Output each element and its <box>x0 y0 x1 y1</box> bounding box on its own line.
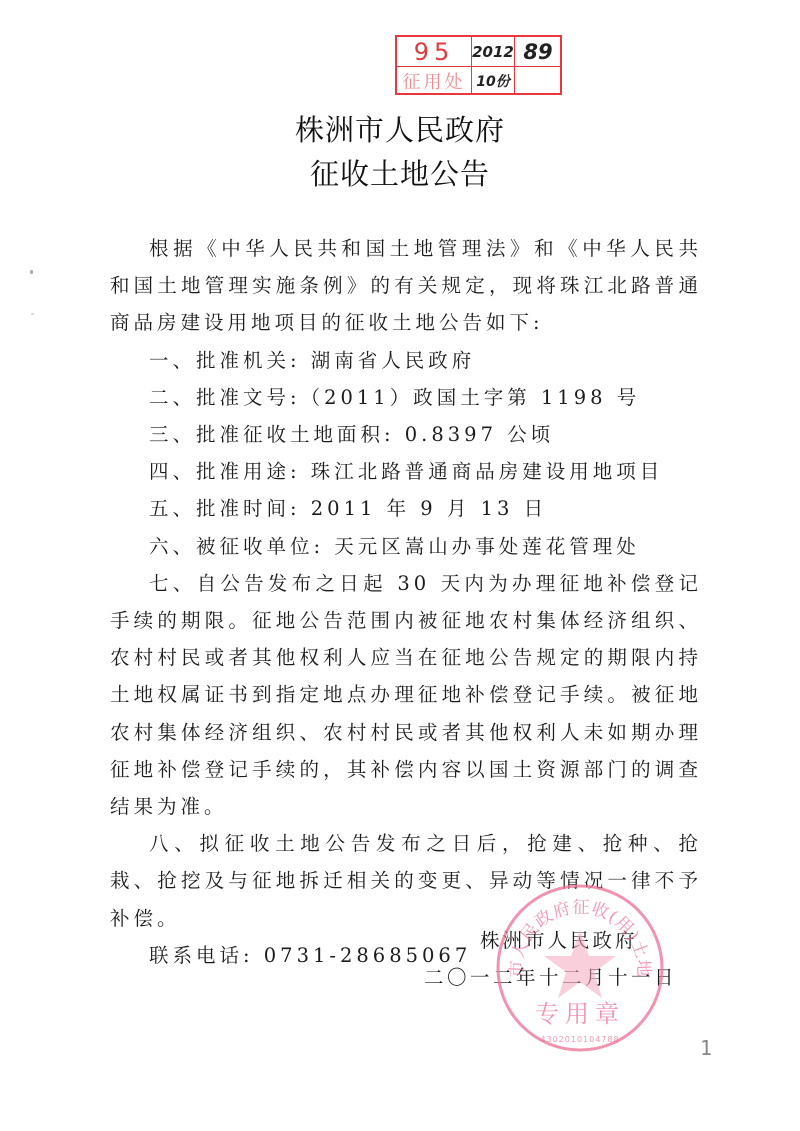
intro-paragraph: 根据《中华人民共和国土地管理法》和《中华人民共和国土地管理实施条例》的有关规定，… <box>110 230 702 342</box>
stamp-year: 2012 <box>472 37 514 66</box>
item-approval-date: 五、批准时间: 2011 年 9 月 13 日 <box>110 490 702 527</box>
notice-body: 根据《中华人民共和国土地管理法》和《中华人民共和国土地管理实施条例》的有关规定，… <box>110 230 702 974</box>
item-approval-number: 二、批准文号:（2011）政国土字第 1198 号 <box>110 379 702 416</box>
issuer-title: 株洲市人民政府 <box>0 108 800 149</box>
seal-center-text: 专用章 <box>535 1000 625 1028</box>
page-number: 1 <box>700 1036 712 1060</box>
scan-speck <box>30 270 33 274</box>
receipt-stamp: 95 征用处 2012 89 10份 <box>395 35 562 95</box>
stamp-number: 95 <box>397 37 471 66</box>
stamp-department: 征用处 <box>397 67 471 94</box>
item-no-compensation: 八、拟征收土地公告发布之日后，抢建、抢种、抢栽、抢挖及与征地拆迁相关的变更、异动… <box>110 825 702 937</box>
stamp-copies: 10份 <box>472 67 514 94</box>
item-expropriated-unit: 六、被征收单位: 天元区嵩山办事处莲花管理处 <box>110 528 702 565</box>
item-land-area: 三、批准征收土地面积: 0.8397 公顷 <box>110 416 702 453</box>
item-approved-use: 四、批准用途: 珠江北路普通商品房建设用地项目 <box>110 453 702 490</box>
document-title: 征收土地公告 <box>0 152 800 193</box>
item-approval-authority: 一、批准机关: 湖南省人民政府 <box>110 342 702 379</box>
signature-date: 二〇一二年十二月十一日 <box>424 962 677 990</box>
seal-serial: 4302010104788 <box>540 1035 619 1044</box>
item-registration-period: 七、自公告发布之日起 30 天内为办理征地补偿登记手续的期限。征地公告范围内被征… <box>110 565 702 825</box>
stamp-serial: 89 <box>515 37 561 66</box>
scan-speck <box>31 313 34 315</box>
signature-organization: 株洲市人民政府 <box>480 925 638 953</box>
